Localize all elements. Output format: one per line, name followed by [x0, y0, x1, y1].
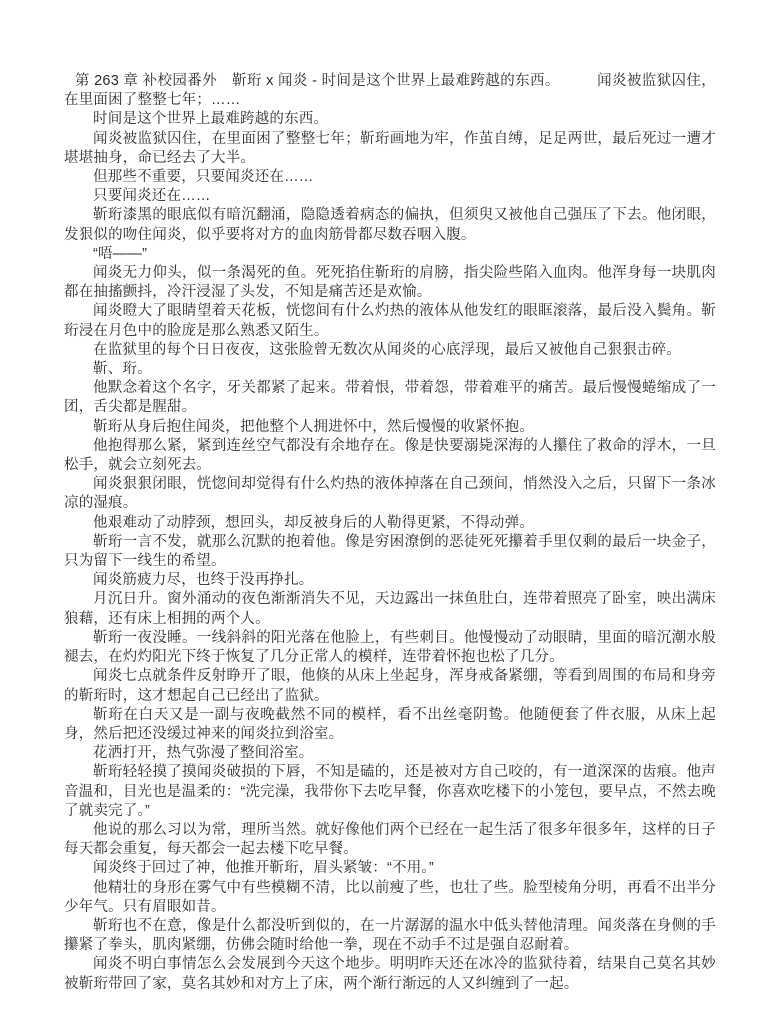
- paragraph: 闻炎终于回过了神，他推开靳珩，眉头紧皱：“不用。”: [64, 859, 716, 878]
- paragraph: 靳珩一夜没睡。一线斜斜的阳光落在他脸上，有些刺目。他慢慢动了动眼睛，里面的暗沉潮…: [64, 629, 716, 667]
- paragraph: 靳珩漆黑的眼底似有暗沉翻涌，隐隐透着病态的偏执，但须臾又被他自己强压了下去。他闭…: [64, 206, 716, 244]
- paragraph: 闻炎七点就条件反射睁开了眼，他倏的从床上坐起身，浑身戒备紧绷，等看到周围的布局和…: [64, 667, 716, 705]
- paragraph: 他默念着这个名字，牙关都紧了起来。带着恨，带着怨，带着难平的痛苦。最后慢慢蜷缩成…: [64, 379, 716, 417]
- paragraph: 闻炎不明白事情怎么会发展到今天这个地步。明明昨天还在冰冷的监狱待着，结果自己莫名…: [64, 955, 716, 993]
- paragraph: 闻炎瞪大了眼睛望着天花板，恍惚间有什么灼热的液体从他发红的眼眶滚落，最后没入鬓角…: [64, 302, 716, 340]
- paragraph: 他精壮的身形在雾气中有些模糊不清，比以前瘦了些，也壮了些。脸型棱角分明，再看不出…: [64, 879, 716, 917]
- paragraph: 闻炎被监狱囚住，在里面困了整整七年；靳珩画地为牢，作茧自缚，足足两世，最后死过一…: [64, 130, 716, 168]
- paragraph: 靳珩也不在意，像是什么都没听到似的，在一片潺潺的温水中低头替他清理。闻炎落在身侧…: [64, 917, 716, 955]
- paragraph: 但那些不重要，只要闻炎还在……: [64, 168, 716, 187]
- paragraph: 花洒打开，热气弥漫了整间浴室。: [64, 744, 716, 763]
- paragraph: 他说的那么习以为常，理所当然。就好像他们两个已经在一起生活了很多年很多年，这样的…: [64, 821, 716, 859]
- paragraph: 时间是这个世界上最难跨越的东西。: [64, 110, 716, 129]
- paragraph: “唔——”: [64, 245, 716, 264]
- paragraph: 靳珩在白天又是一副与夜晚截然不同的模样，看不出丝毫阴鸷。他随便套了件衣服，从床上…: [64, 706, 716, 744]
- paragraph: 靳、珩。: [64, 360, 716, 379]
- paragraph: 他抱得那么紧，紧到连丝空气都没有余地存在。像是快要溺毙深海的人攥住了救命的浮木，…: [64, 437, 716, 475]
- paragraph: 月沉日升。窗外涌动的夜色渐渐消失不见，天边露出一抹鱼肚白，连带着照亮了卧室，映出…: [64, 590, 716, 628]
- document-page: 第 263 章 补校园番外 靳珩 x 闻炎 - 时间是这个世界上最难跨越的东西。…: [0, 0, 768, 1024]
- paragraph: 靳珩一言不发，就那么沉默的抱着他。像是穷困潦倒的恶徒死死攥着手里仅剩的最后一块金…: [64, 533, 716, 571]
- paragraph: 闻炎筋疲力尽，也终于没再挣扎。: [64, 571, 716, 590]
- paragraph: 只要闻炎还在……: [64, 187, 716, 206]
- paragraph: 靳珩轻轻摸了摸闻炎破损的下唇，不知是磕的，还是被对方自己咬的，有一道深深的齿痕。…: [64, 763, 716, 821]
- paragraph: 闻炎狠狠闭眼，恍惚间却觉得有什么灼热的液体掉落在自己颈间，悄然没入之后，只留下一…: [64, 475, 716, 513]
- paragraph: 他艰难动了动脖颈，想回头，却反被身后的人勒得更紧，不得动弹。: [64, 514, 716, 533]
- paragraph: 靳珩从身后抱住闻炎，把他整个人拥进怀中，然后慢慢的收紧怀抱。: [64, 418, 716, 437]
- page-text: 第 263 章 补校园番外 靳珩 x 闻炎 - 时间是这个世界上最难跨越的东西。…: [64, 72, 716, 994]
- paragraph: 在监狱里的每个日日夜夜，这张脸曾无数次从闻炎的心底浮现，最后又被他自己狠狠击碎。: [64, 341, 716, 360]
- chapter-title-paragraph: 第 263 章 补校园番外 靳珩 x 闻炎 - 时间是这个世界上最难跨越的东西。…: [64, 72, 716, 110]
- paragraph: 闻炎无力仰头，似一条渴死的鱼。死死掐住靳珩的肩膀，指尖险些陷入血肉。他浑身每一块…: [64, 264, 716, 302]
